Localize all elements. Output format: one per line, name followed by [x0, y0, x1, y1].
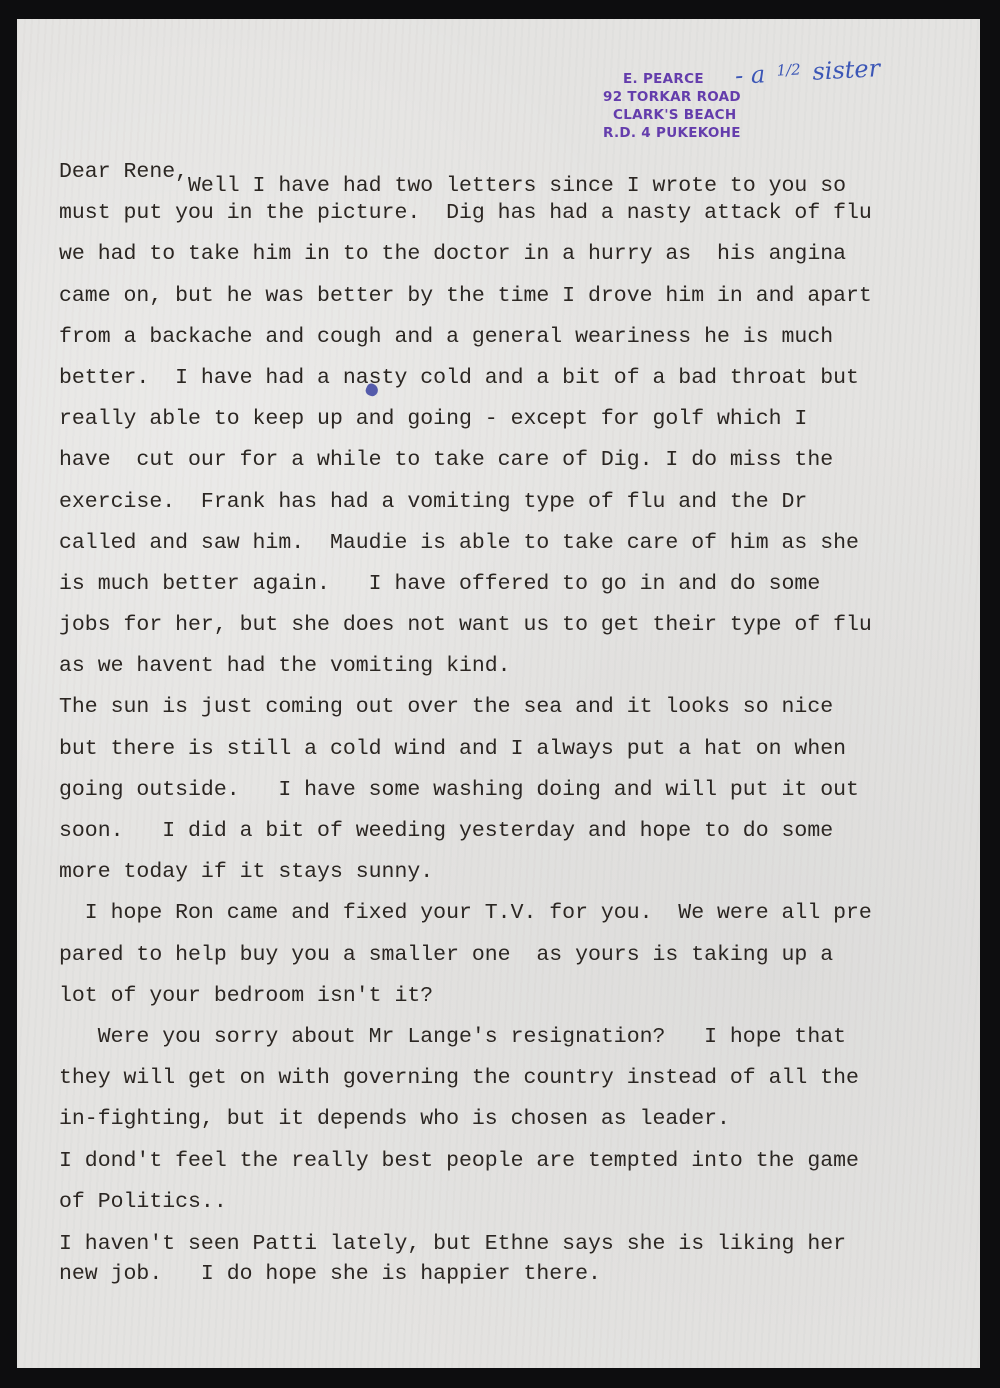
- letter-body: Dear Rene,Well I have had two letters si…: [59, 152, 872, 1289]
- letter-line: I hope Ron came and fixed your T.V. for …: [59, 893, 872, 934]
- address-stamp: E. PEARCE 92 TORKAR ROAD CLARK'S BEACH R…: [603, 70, 741, 142]
- letter-line: exercise. Frank has had a vomiting type …: [59, 482, 872, 523]
- letter-line: I dond't feel the really best people are…: [59, 1141, 872, 1182]
- stamp-rural-delivery: R.D. 4 PUKEKOHE: [603, 124, 741, 142]
- letter-line: Were you sorry about Mr Lange's resignat…: [59, 1017, 872, 1058]
- letter-line: more today if it stays sunny.: [59, 852, 872, 893]
- letter-line: came on, but he was better by the time I…: [59, 276, 872, 317]
- letter-paragraphs: must put you in the picture. Dig has had…: [59, 193, 872, 1223]
- letter-closing: I haven't seen Patti lately, but Ethne s…: [59, 1229, 872, 1289]
- letter-line: must put you in the picture. Dig has had…: [59, 193, 872, 234]
- letter-line: but there is still a cold wind and I alw…: [59, 729, 872, 770]
- note-prefix: - a: [734, 60, 765, 90]
- letter-line: is much better again. I have offered to …: [59, 564, 872, 605]
- letter-line: really able to keep up and going - excep…: [59, 399, 872, 440]
- letter-line: The sun is just coming out over the sea …: [59, 687, 872, 728]
- letter-line: in-fighting, but it depends who is chose…: [59, 1099, 872, 1140]
- salutation: Dear Rene,: [59, 160, 188, 184]
- first-line-text: Well I have had two letters since I wrot…: [188, 174, 846, 198]
- letter-line: jobs for her, but she does not want us t…: [59, 605, 872, 646]
- letter-line: better. I have had a nasty cold and a bi…: [59, 358, 872, 399]
- letter-line: of Politics..: [59, 1182, 872, 1223]
- greeting-line: Dear Rene,Well I have had two letters si…: [59, 152, 872, 193]
- letter-line: lot of your bedroom isn't it?: [59, 976, 872, 1017]
- letter-line: they will get on with governing the coun…: [59, 1058, 872, 1099]
- letter-line: as we havent had the vomiting kind.: [59, 646, 872, 687]
- note-word: sister: [812, 54, 881, 86]
- letter-line: from a backache and cough and a general …: [59, 317, 872, 358]
- letter-line: pared to help buy you a smaller one as y…: [59, 935, 872, 976]
- stamp-name: E. PEARCE: [603, 70, 741, 88]
- letter-line: going outside. I have some washing doing…: [59, 770, 872, 811]
- note-fraction: 1/2: [776, 60, 801, 79]
- stamp-street: 92 TORKAR ROAD: [603, 88, 741, 106]
- stamp-town: CLARK'S BEACH: [603, 106, 741, 124]
- closing-line: new job. I do hope she is happier there.: [59, 1259, 872, 1289]
- letter-line: soon. I did a bit of weeding yesterday a…: [59, 811, 872, 852]
- letter-line: have cut our for a while to take care of…: [59, 440, 872, 481]
- letter-line: called and saw him. Maudie is able to ta…: [59, 523, 872, 564]
- closing-line: I haven't seen Patti lately, but Ethne s…: [59, 1229, 872, 1259]
- letter-line: we had to take him in to the doctor in a…: [59, 234, 872, 275]
